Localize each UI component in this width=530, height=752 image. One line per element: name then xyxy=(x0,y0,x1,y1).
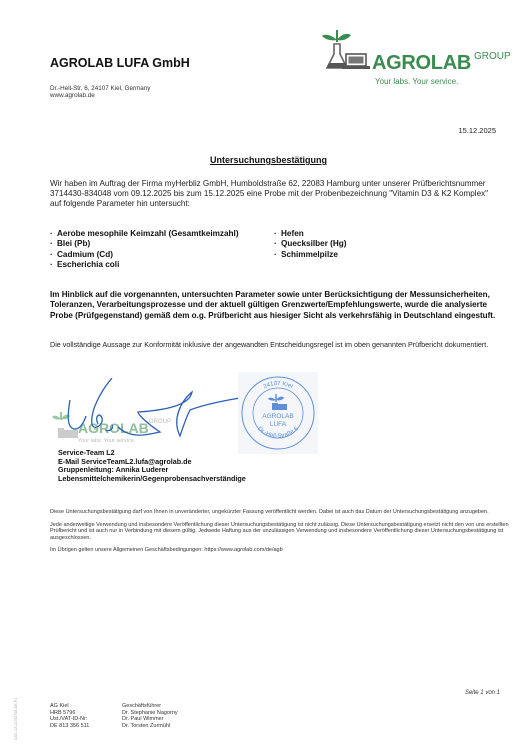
document-date: 15.12.2025 xyxy=(458,126,496,135)
logo-group-label: GROUP xyxy=(474,51,511,62)
conformity-paragraph: Die vollständige Aussage zur Konformität… xyxy=(50,341,510,350)
company-stamp: 24107 Kiel Dr.-Hell-Straße 6 AGROLAB LUF… xyxy=(238,372,318,454)
footer-line: Geschäftsführer xyxy=(122,703,178,710)
verdict-paragraph: Im Hinblick auf die vorgenannten, unters… xyxy=(50,290,505,321)
parameter-item: Hefen xyxy=(274,229,347,239)
logo-wordmark: AGROLAB xyxy=(372,52,471,75)
parameter-item: Cadmium (Cd) xyxy=(50,250,239,260)
footer-line: Dr. Stephanie Nagorny xyxy=(122,710,178,717)
footer-management: Geschäftsführer Dr. Stephanie Nagorny Dr… xyxy=(122,703,178,729)
logo-tagline: Your labs. Your service. xyxy=(375,77,458,86)
stamp-center-line1: AGROLAB xyxy=(262,413,293,420)
footer-line: Dr. Torsten Zurmühl xyxy=(122,723,178,730)
address-line: Dr.-Hell-Str. 6, 24107 Kiel, Germany xyxy=(50,85,150,92)
contact-block: Service-Team L2 E-Mail ServiceTeamL2.luf… xyxy=(58,449,246,483)
footer-line: DE 813 356 511 xyxy=(50,723,89,730)
disclaimer-agb: Im Übrigen gelten unsere Allgemeinen Ges… xyxy=(50,547,510,554)
company-name: AGROLAB LUFA GmbH xyxy=(50,56,190,70)
flask-plant-laptop-icon xyxy=(320,28,372,73)
company-address: Dr.-Hell-Str. 6, 24107 Kiel, Germany www… xyxy=(50,85,150,99)
disclaimer-paragraph: Jede anderweitige Verwendung und insbeso… xyxy=(50,522,510,542)
stamp-center-line2: LUFA xyxy=(270,421,287,428)
parameter-item: Blei (Pb) xyxy=(50,239,239,249)
parameter-item: Schimmelpilze xyxy=(274,250,347,260)
intro-paragraph: Wir haben im Auftrag der Firma myHerbliz… xyxy=(50,179,500,210)
parameter-item: Aerobe mesophile Keimzahl (Gesamtkeimzah… xyxy=(50,229,239,239)
footer-line: AG Kiel xyxy=(50,703,89,710)
disclaimer-paragraph: Diese Untersuchungsbestätigung darf von … xyxy=(50,509,510,516)
footer-registry: AG Kiel HRB 5796 Ust./VAT-ID-Nr: DE 813 … xyxy=(50,703,89,729)
footer-line: HRB 5796 xyxy=(50,710,89,717)
footer-line: Ust./VAT-ID-Nr: xyxy=(50,716,89,723)
document-code: DOC-12-21783708-DE-P1 xyxy=(14,698,18,740)
parameter-item: Escherichia coli xyxy=(50,260,239,270)
parameter-item: Quecksilber (Hg) xyxy=(274,239,347,249)
contact-role: Lebensmittelchemikerin/Gegenprobensachve… xyxy=(58,475,246,484)
parameter-column-1: Aerobe mesophile Keimzahl (Gesamtkeimzah… xyxy=(50,229,239,270)
footer-line: Dr. Paul Wimmer xyxy=(122,716,178,723)
page-number: Seite 1 von 1 xyxy=(465,690,500,696)
document-title: Untersuchungsbestätigung xyxy=(210,155,327,165)
disclaimer: Diese Untersuchungsbestätigung darf von … xyxy=(50,509,510,560)
agrolab-logo: AGROLAB GROUP Your labs. Your service. xyxy=(320,28,520,88)
parameter-column-2: Hefen Quecksilber (Hg) Schimmelpilze xyxy=(274,229,347,260)
website-link[interactable]: www.agrolab.de xyxy=(50,92,150,99)
